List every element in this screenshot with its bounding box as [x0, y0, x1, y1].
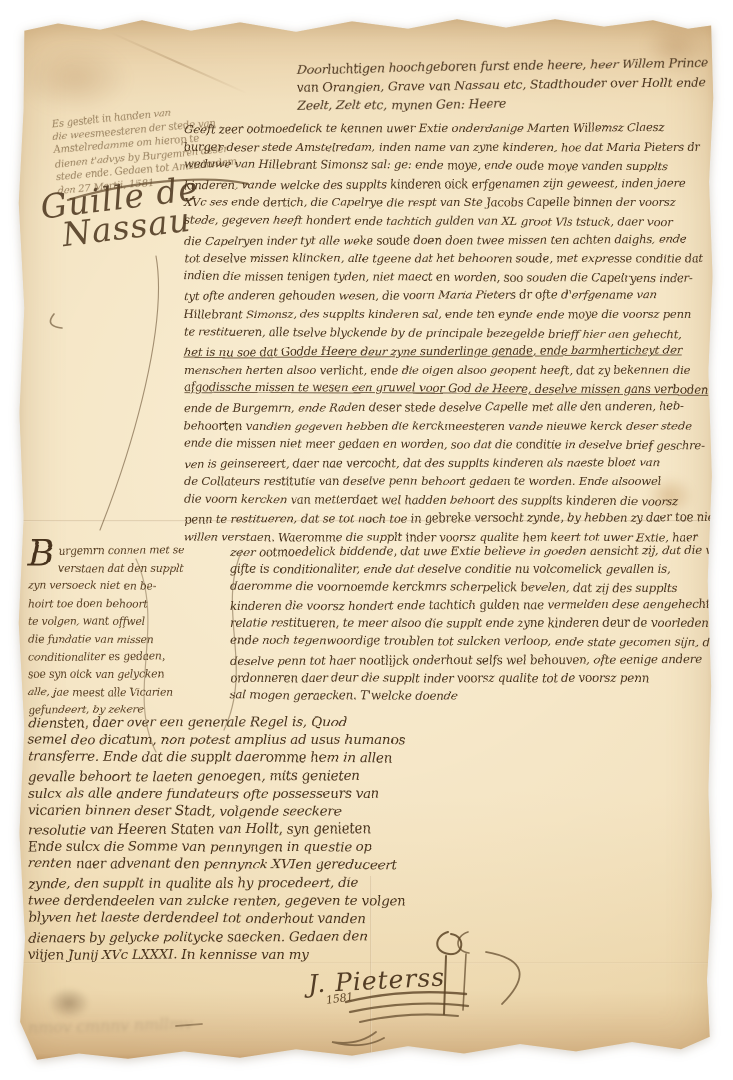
text-line: te volgen, want offwel	[28, 613, 233, 631]
scanned-manuscript-page: Doorluchtigen hoochgeboren furst ende he…	[0, 0, 733, 1080]
text-line: alle, jae meest alle Vicarien	[28, 683, 233, 702]
text-line: twee derdendeelen van zulcke renten, geg…	[28, 893, 636, 911]
text-line: ende die missen niet meer gedaen en word…	[184, 434, 708, 455]
text-line: kinderen die voorsz hondert ende tachtic…	[230, 595, 710, 615]
text-line: Geeft zeer ootmoedelick te kennen uwer E…	[184, 118, 708, 139]
text-line: burger deser stede Amstelredam, inden na…	[184, 138, 708, 157]
wrinkle-line	[110, 32, 248, 94]
text-line: verstaen dat den supplt	[28, 560, 233, 578]
text-line: ende de Burgemrn, ende Raden deser stede…	[184, 397, 708, 418]
body-paragraph-1: Geeft zeer ootmoedelick te kennen uwer E…	[184, 119, 708, 547]
text-line: diensten, daer over een generale Regel i…	[28, 713, 636, 734]
text-line: die fundatie van missen	[28, 630, 233, 649]
text-line: Hillebrant Simonsz, des supplts kinderen…	[184, 305, 708, 324]
text-line: dienaers by gelycke politycke saecken. G…	[28, 928, 636, 949]
text-line: behoorten vandien gegeven hebben die ker…	[184, 417, 708, 436]
text-line: zynde, den supplt in qualite als hy proc…	[28, 874, 636, 895]
text-line: sal mogen geraecken. T'welcke doende	[230, 685, 710, 706]
manuscript-paper-wrap: Doorluchtigen hoochgeboren furst ende he…	[16, 14, 716, 1064]
faded-pencil-inscription: nmov cmnnv nmllmv	[28, 1010, 348, 1037]
address-block: Doorluchtigen hoochgeboren furst ende he…	[297, 53, 718, 116]
text-line: die Capelryen inder tyt alle weke soude …	[184, 229, 708, 250]
text-line: Ende sulcx die Somme van pennyngen in qu…	[28, 839, 636, 857]
manuscript-paper: Doorluchtigen hoochgeboren furst ende he…	[16, 14, 716, 1064]
text-line: sulcx als alle andere fundateurs ofte po…	[28, 786, 636, 804]
text-line: zyn versoeck niet en be-	[28, 577, 233, 596]
signature-date: 1581	[325, 990, 354, 1007]
text-line: ende noch tegenwoordige troublen tot sul…	[230, 631, 710, 652]
text-line: relatie restitueren, te meer alsoo die s…	[230, 614, 710, 632]
text-line: menschen herten alsoo verlicht, ende die…	[184, 361, 708, 380]
text-line: afgodissche missen te wesen een gruwel v…	[184, 378, 708, 399]
margin-annotation: B urgemrn connen met severstaen dat den …	[28, 542, 233, 719]
stain	[20, 44, 130, 114]
text-line: semel deo dicatum, non potest amplius ad…	[28, 732, 636, 750]
text-line: hoirt toe doen behoort	[28, 595, 233, 614]
text-line: conditionaliter es gedaen,	[28, 648, 233, 667]
text-line: de Collateurs restitutie van deselve pen…	[184, 472, 708, 491]
text-line: viijen Junij XVc LXXXI. In kennisse van …	[28, 947, 636, 965]
text-line: kinderen, vande welcke des supplts kinde…	[184, 174, 708, 195]
text-line: XVc ses ende dertich, die Capelrye die r…	[184, 193, 708, 212]
text-line: het is nu soe dat Godde Heere deur zyne …	[184, 341, 708, 362]
text-line: tot deselve missen klincken, alle tgeene…	[184, 249, 708, 268]
text-line: tyt ofte anderen gehouden wesen, die voo…	[184, 285, 708, 306]
text-line: deselve penn tot haer nootlijck onderhou…	[230, 650, 710, 670]
text-line: ven is geinsereert, daer nae vercocht, d…	[184, 453, 708, 474]
text-line: weduwe van Hillebrant Simonsz sal: ge: e…	[184, 155, 708, 176]
text-line: urgemrn connen met se	[28, 542, 233, 561]
text-line: Zeelt, Zelt etc, mynen Gen: Heere	[297, 92, 717, 115]
body-paragraph-2: zeer ootmoedelick biddende, dat uwe Exti…	[230, 542, 710, 705]
text-line: zeer ootmoedelick biddende, dat uwe Exti…	[230, 541, 710, 561]
stain	[46, 986, 92, 1020]
text-line: gifte is conditionaliter, ende dat desel…	[230, 560, 710, 578]
text-line: resolutie van Heeren Staten van Hollt, s…	[28, 820, 636, 841]
text-line: stede, gegeven heeft hondert ende tachti…	[184, 211, 708, 232]
text-line: gevalle behoort te laeten genoegen, mits…	[28, 766, 636, 787]
text-line: ordonneren daer deur die supplt inder vo…	[230, 669, 710, 687]
margin-annotation-lines: urgemrn connen met severstaen dat den su…	[28, 542, 233, 719]
text-line: penn te restitueren, dat se tot noch toe…	[184, 508, 708, 529]
text-line: soe syn oick van gelycken	[28, 666, 233, 684]
body-paragraph-3: diensten, daer over een generale Regel i…	[28, 714, 636, 965]
